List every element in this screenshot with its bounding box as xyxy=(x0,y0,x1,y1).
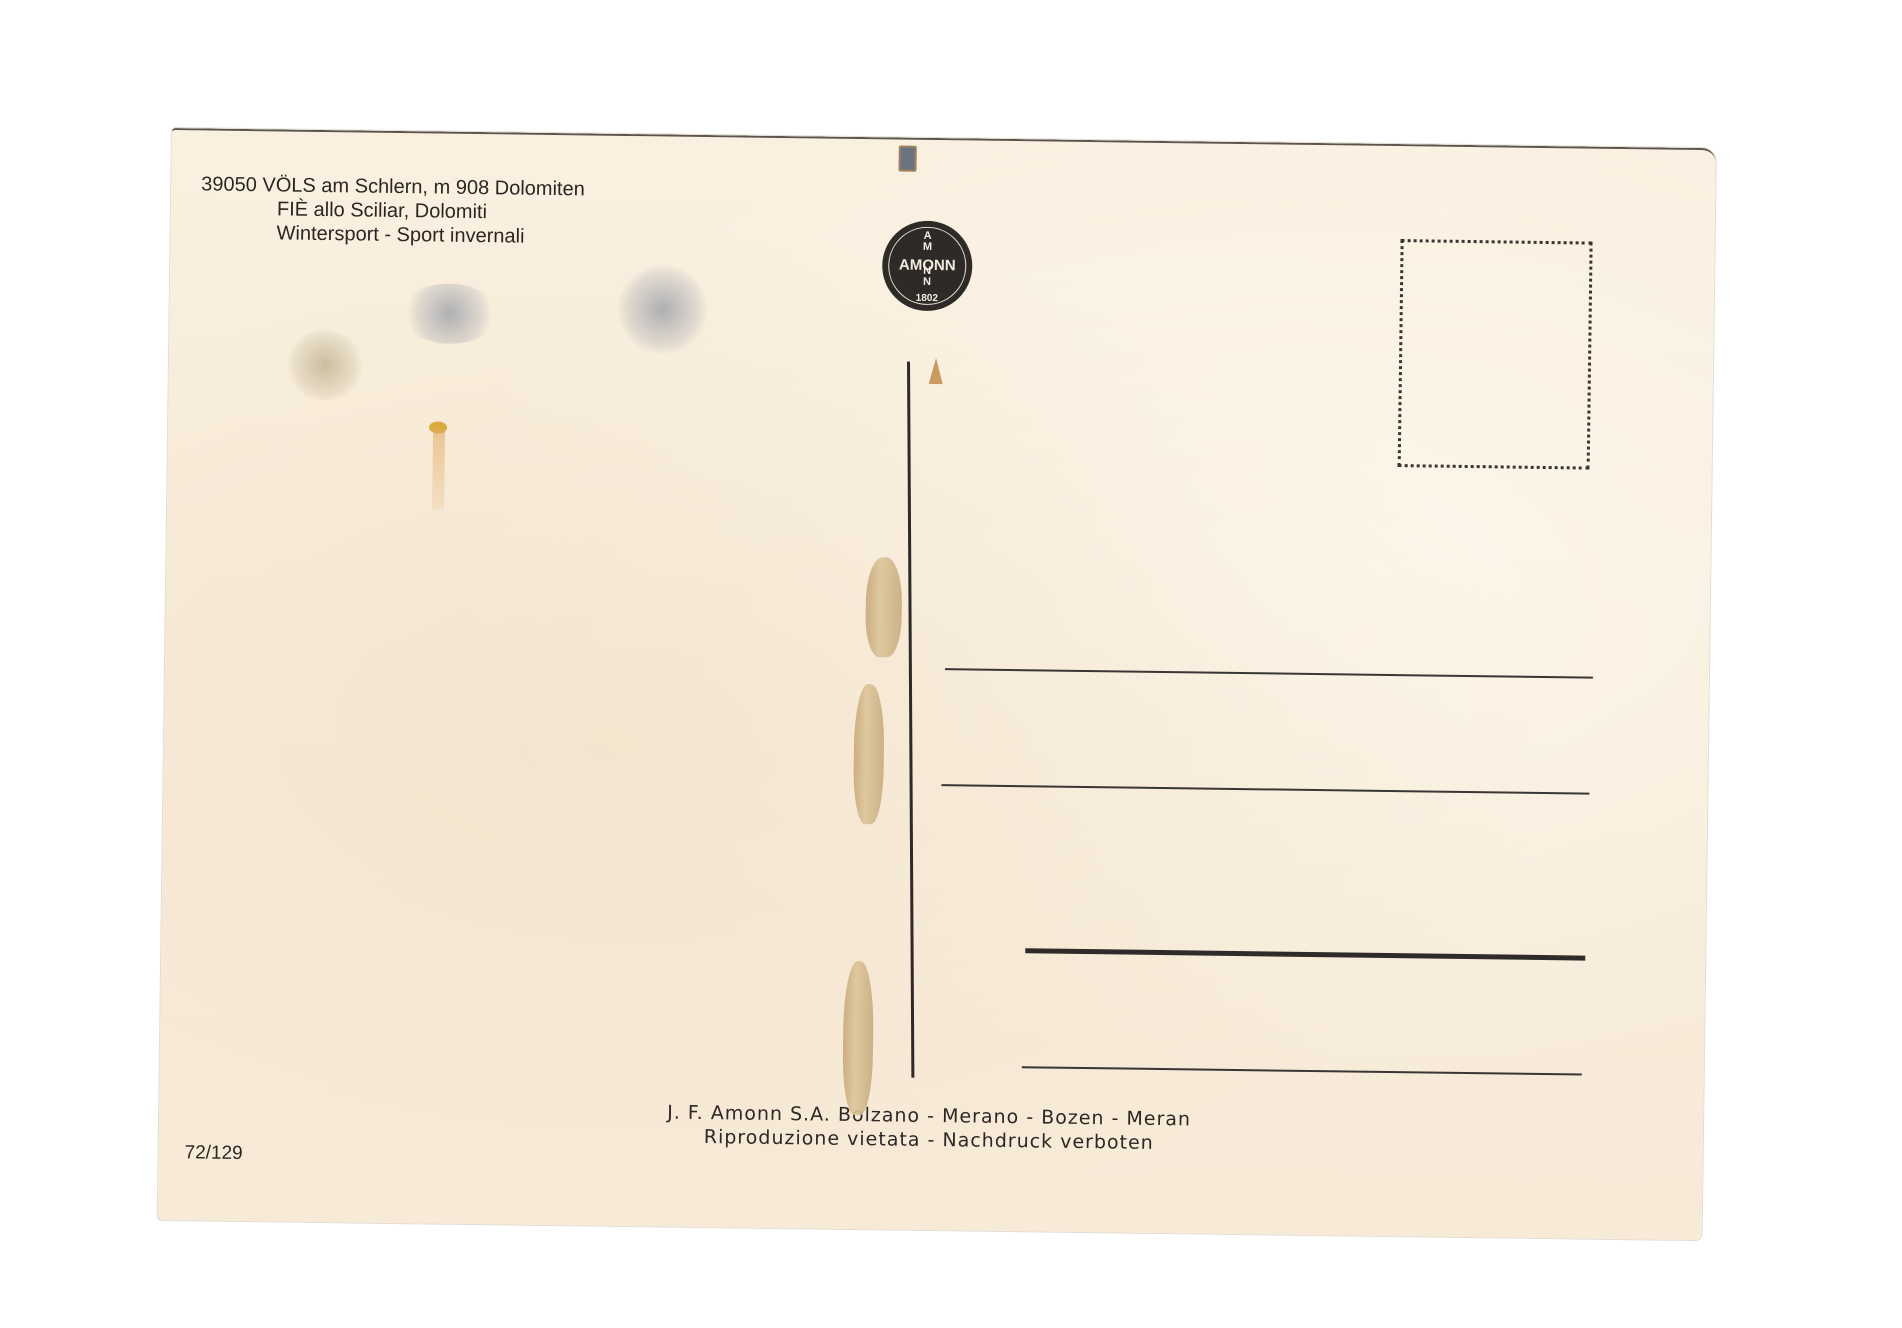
address-line xyxy=(945,668,1593,678)
stain xyxy=(617,264,708,355)
tape-remnant xyxy=(898,146,916,172)
location-caption: 39050 VÖLS am Schlern, m 908 Dolomiten F… xyxy=(200,172,584,249)
caption-line-3: Wintersport - Sport invernali xyxy=(200,220,584,249)
glue-drip xyxy=(432,429,445,509)
glue-residue xyxy=(853,684,885,824)
stamp-box xyxy=(1398,239,1593,469)
address-line xyxy=(1025,948,1585,960)
postcard-back: 39050 VÖLS am Schlern, m 908 Dolomiten F… xyxy=(158,128,1716,1240)
publisher-imprint: J. F. Amonn S.A. Bolzano - Merano - Boze… xyxy=(479,1098,1380,1158)
stain xyxy=(399,283,500,344)
logo-horizontal-text: AMONN xyxy=(882,256,972,274)
address-line xyxy=(1022,1066,1582,1075)
caption-line-1: 39050 VÖLS am Schlern, m 908 Dolomiten xyxy=(201,172,585,201)
logo-year: 1802 xyxy=(882,292,972,304)
glue-mark xyxy=(929,358,943,384)
message-address-divider xyxy=(907,362,914,1078)
catalog-number: 72/129 xyxy=(184,1142,242,1165)
address-line xyxy=(941,784,1589,794)
amonn-logo-icon: A M N N AMONN 1802 xyxy=(882,220,973,311)
glue-residue xyxy=(842,961,874,1115)
glue-residue xyxy=(865,557,902,657)
stain xyxy=(284,330,365,401)
